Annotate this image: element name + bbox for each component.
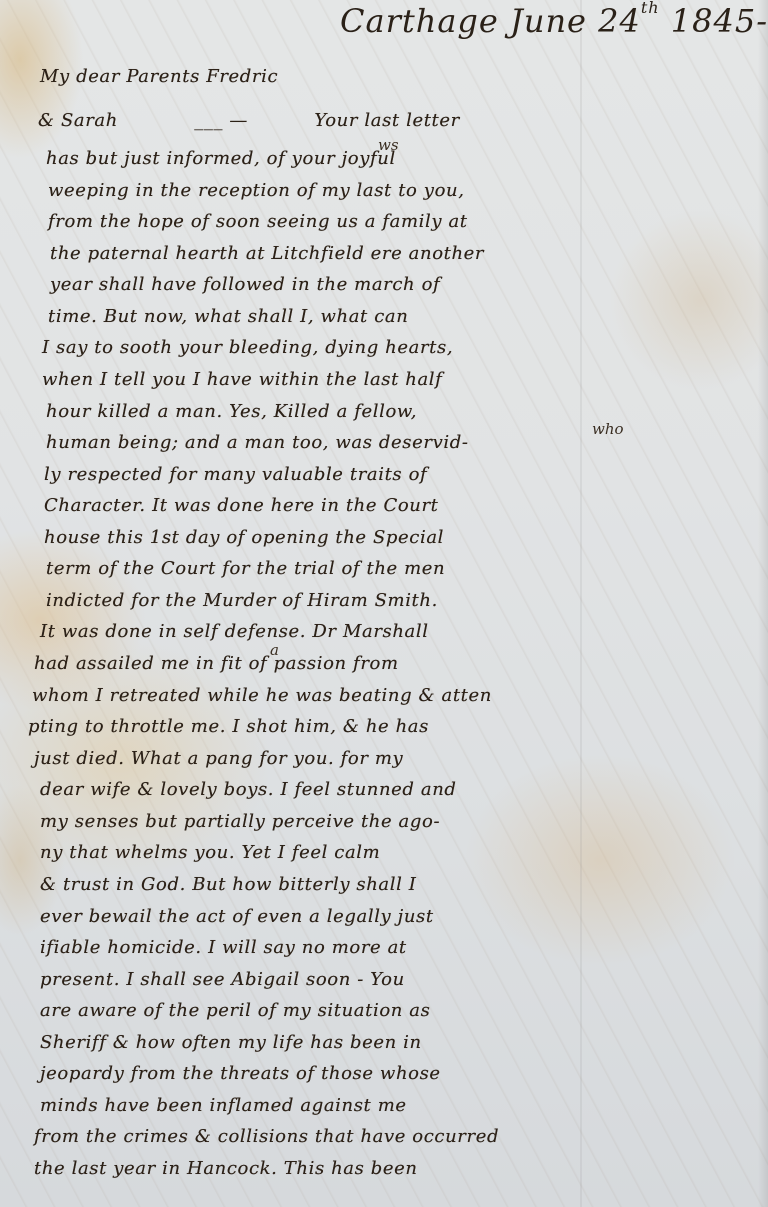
body-line: year shall have followed in the march of	[50, 274, 768, 295]
salutation-name: & Sarah	[38, 110, 118, 131]
body-line: jeopardy from the threats of those whose	[40, 1063, 768, 1084]
body-line: present. I shall see Abigail soon - You	[40, 969, 768, 990]
salutation-line-2: & Sarah ___ — Your last letter	[38, 110, 768, 131]
body-line: ly respected for many valuable traits of	[44, 464, 768, 485]
body-line: has but just informed, of your joyful	[46, 148, 768, 169]
body-line: time. But now, what shall I, what can	[48, 306, 768, 327]
body-line: Character. It was done here in the Court	[44, 495, 768, 516]
body-line: term of the Court for the trial of the m…	[46, 558, 768, 579]
body-line: I say to sooth your bleeding, dying hear…	[42, 337, 768, 358]
body-line: from the crimes & collisions that have o…	[34, 1126, 768, 1147]
salutation-line-1: My dear Parents Fredric	[40, 66, 768, 87]
body-line: & trust in God. But how bitterly shall I	[40, 874, 768, 895]
body-line: the last year in Hancock. This has been	[34, 1158, 768, 1179]
body-line: when I tell you I have within the last h…	[42, 369, 768, 390]
body-line: ifiable homicide. I will say no more at	[40, 937, 768, 958]
body-line: ny that whelms you. Yet I feel calm	[40, 842, 768, 863]
body-line: pting to throttle me. I shot him, & he h…	[28, 716, 768, 737]
body-line: from the hope of soon seeing us a family…	[48, 211, 768, 232]
letter-body: My dear Parents Fredric & Sarah ___ — Yo…	[0, 0, 768, 1207]
body-line: had assailed me in fit of passion from	[34, 653, 768, 674]
salutation-dash: ___ —	[194, 110, 248, 131]
body-line: are aware of the peril of my situation a…	[40, 1000, 768, 1021]
body-line: minds have been inflamed against me	[40, 1095, 768, 1116]
salutation-opening: Your last letter	[314, 110, 460, 131]
body-line: dear wife & lovely boys. I feel stunned …	[40, 779, 768, 800]
body-line: human being; and a man too, was deservid…	[46, 432, 768, 453]
body-line: indicted for the Murder of Hiram Smith.	[46, 590, 768, 611]
body-line: It was done in self defense. Dr Marshall	[40, 621, 768, 642]
body-line: weeping in the reception of my last to y…	[48, 180, 768, 201]
body-line: hour killed a man. Yes, Killed a fellow,	[46, 401, 768, 422]
body-line: whom I retreated while he was beating & …	[32, 685, 768, 706]
body-line: Sheriff & how often my life has been in	[40, 1032, 768, 1053]
body-line: the paternal hearth at Litchfield ere an…	[50, 243, 768, 264]
body-line: house this 1st day of opening the Specia…	[44, 527, 768, 548]
body-line: my senses but partially perceive the ago…	[40, 811, 768, 832]
letter-page: Carthage June 24th 1845- My dear Parents…	[0, 0, 768, 1207]
body-line: ever bewail the act of even a legally ju…	[40, 906, 768, 927]
body-line: just died. What a pang for you. for my	[34, 748, 768, 769]
